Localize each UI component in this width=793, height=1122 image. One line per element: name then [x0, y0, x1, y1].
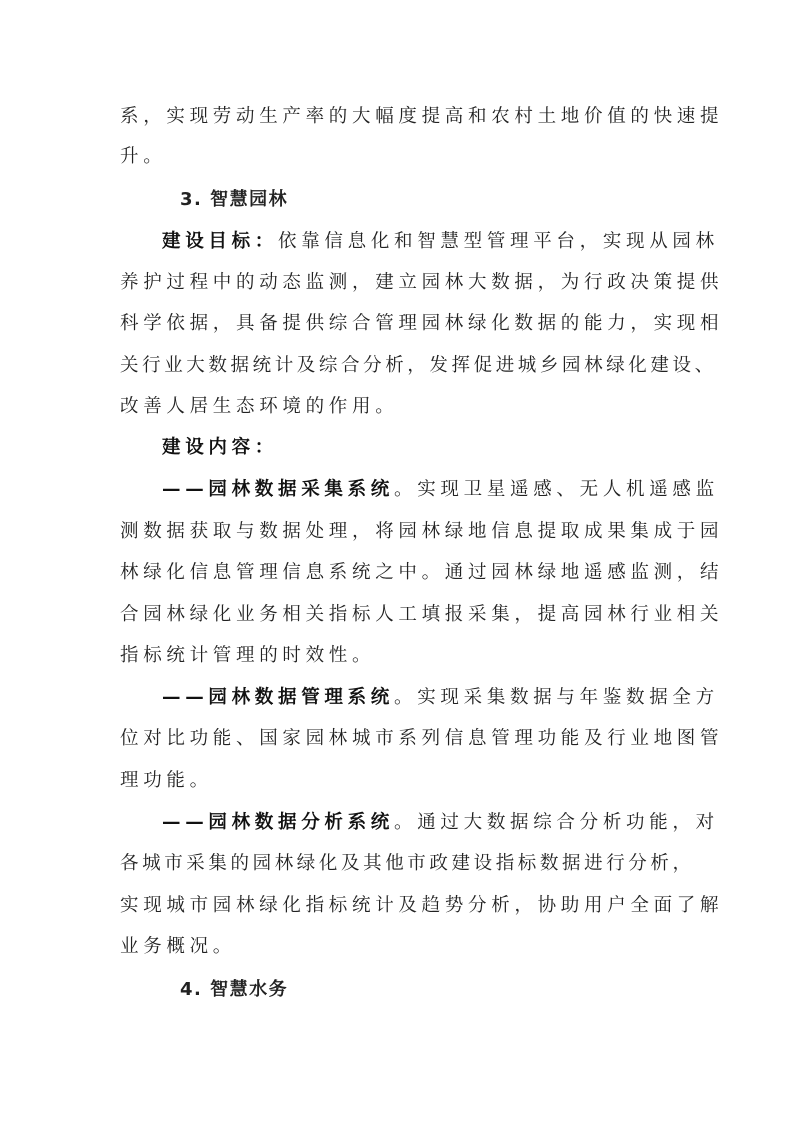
line-text: 。通过大数据综合分析功能，对	[394, 812, 719, 833]
line-text: 林绿化信息管理信息系统之中。通过园林绿地遥感监测，结	[120, 562, 723, 583]
paragraph-line: 位对比功能、国家园林城市系列信息管理功能及行业地图管	[120, 727, 676, 751]
paragraph-line: 科学依据，具备提供综合管理园林绿化数据的能力，实现相	[120, 312, 676, 336]
document-page: 系，实现劳动生产率的大幅度提高和农村土地价值的快速提 升。 3. 智慧园林 建设…	[0, 0, 793, 1122]
bold-label: 建设目标：	[162, 231, 278, 252]
line-text: 指标统计管理的时效性。	[120, 645, 375, 666]
line-text: 理功能。	[120, 770, 213, 791]
line-text: 依靠信息化和智慧型管理平台，实现从园林	[278, 231, 719, 252]
bold-label: ——园林数据管理系统	[162, 687, 394, 708]
line-text: 合园林绿化业务相关指标人工填报采集，提高园林行业相关	[120, 604, 723, 625]
line-text: 系，实现劳动生产率的大幅度提高和农村土地价值的快速提	[120, 106, 723, 127]
line-text: 改善人居生态环境的作用。	[120, 396, 398, 417]
paragraph-line: 关行业大数据统计及综合分析，发挥促进城乡园林绿化建设、	[120, 354, 676, 378]
paragraph-line: 林绿化信息管理信息系统之中。通过园林绿地遥感监测，结	[120, 561, 676, 585]
paragraph-line: 指标统计管理的时效性。	[120, 644, 676, 668]
paragraph-line: 改善人居生态环境的作用。	[120, 395, 676, 419]
paragraph-line: 养护过程中的动态监测，建立园林大数据，为行政决策提供	[120, 271, 676, 295]
paragraph-line: 理功能。	[120, 769, 676, 793]
line-text: 业务概况。	[120, 936, 236, 957]
line-text: 升。	[120, 146, 166, 167]
section-heading-smart-landscaping: 3. 智慧园林	[180, 188, 736, 212]
line-text: 关行业大数据统计及综合分析，发挥促进城乡园林绿化建设、	[120, 355, 717, 376]
paragraph-line: 建设目标：依靠信息化和智慧型管理平台，实现从园林	[162, 230, 676, 254]
line-text: 各城市采集的园林绿化及其他市政建设指标数据进行分析，	[120, 853, 695, 874]
line-text: 。实现卫星遥感、无人机遥感监	[394, 479, 719, 500]
subheading-construction-content: 建设内容：	[162, 436, 676, 460]
paragraph-line: 升。	[120, 145, 676, 169]
line-text: 养护过程中的动态监测，建立园林大数据，为行政决策提供	[120, 272, 723, 293]
line-text: 科学依据，具备提供综合管理园林绿化数据的能力，实现相	[120, 313, 723, 334]
paragraph-line: 测数据获取与数据处理，将园林绿地信息提取成果集成于园	[120, 520, 676, 544]
paragraph-line: ——园林数据管理系统。实现采集数据与年鉴数据全方	[162, 686, 676, 710]
line-text: 测数据获取与数据处理，将园林绿地信息提取成果集成于园	[120, 521, 723, 542]
bold-label: ——园林数据采集系统	[162, 479, 394, 500]
section-heading-smart-water: 4. 智慧水务	[180, 978, 736, 1002]
heading-text: 4. 智慧水务	[180, 979, 288, 1000]
paragraph-line: 业务概况。	[120, 935, 676, 959]
bold-label: ——园林数据分析系统	[162, 812, 394, 833]
paragraph-line: ——园林数据采集系统。实现卫星遥感、无人机遥感监	[162, 478, 676, 502]
paragraph-line: 合园林绿化业务相关指标人工填报采集，提高园林行业相关	[120, 603, 676, 627]
line-text: 位对比功能、国家园林城市系列信息管理功能及行业地图管	[120, 728, 723, 749]
heading-text: 3. 智慧园林	[180, 189, 288, 210]
paragraph-line: 实现城市园林绿化指标统计及趋势分析，协助用户全面了解	[120, 894, 676, 918]
bold-label: 建设内容：	[162, 437, 278, 458]
line-text: 实现城市园林绿化指标统计及趋势分析，协助用户全面了解	[120, 895, 723, 916]
line-text: 。实现采集数据与年鉴数据全方	[394, 687, 719, 708]
paragraph-line: 各城市采集的园林绿化及其他市政建设指标数据进行分析，	[120, 852, 676, 876]
paragraph-line: ——园林数据分析系统。通过大数据综合分析功能，对	[162, 811, 676, 835]
paragraph-line: 系，实现劳动生产率的大幅度提高和农村土地价值的快速提	[120, 105, 676, 129]
